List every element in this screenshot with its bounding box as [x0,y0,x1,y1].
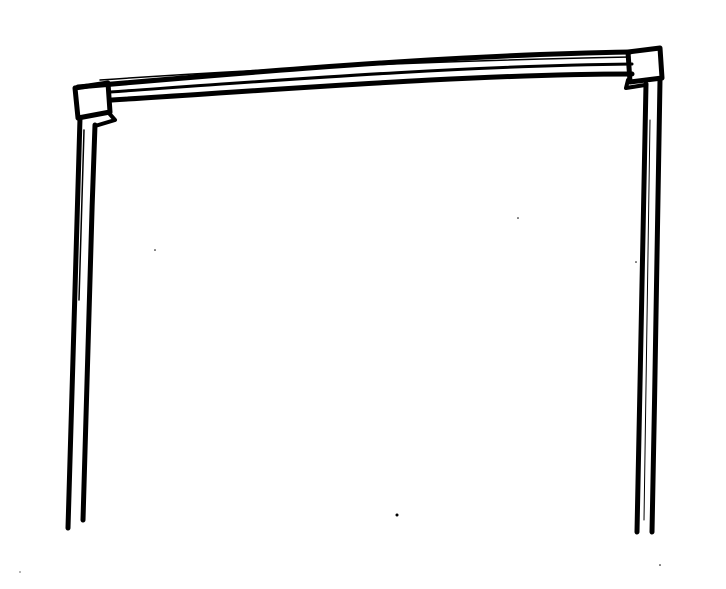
frame-sketch [0,0,726,589]
left-post [68,118,95,528]
ink-specks [19,217,660,572]
right-corner-block [626,48,662,88]
crossbar [78,52,632,100]
right-post [637,80,660,532]
